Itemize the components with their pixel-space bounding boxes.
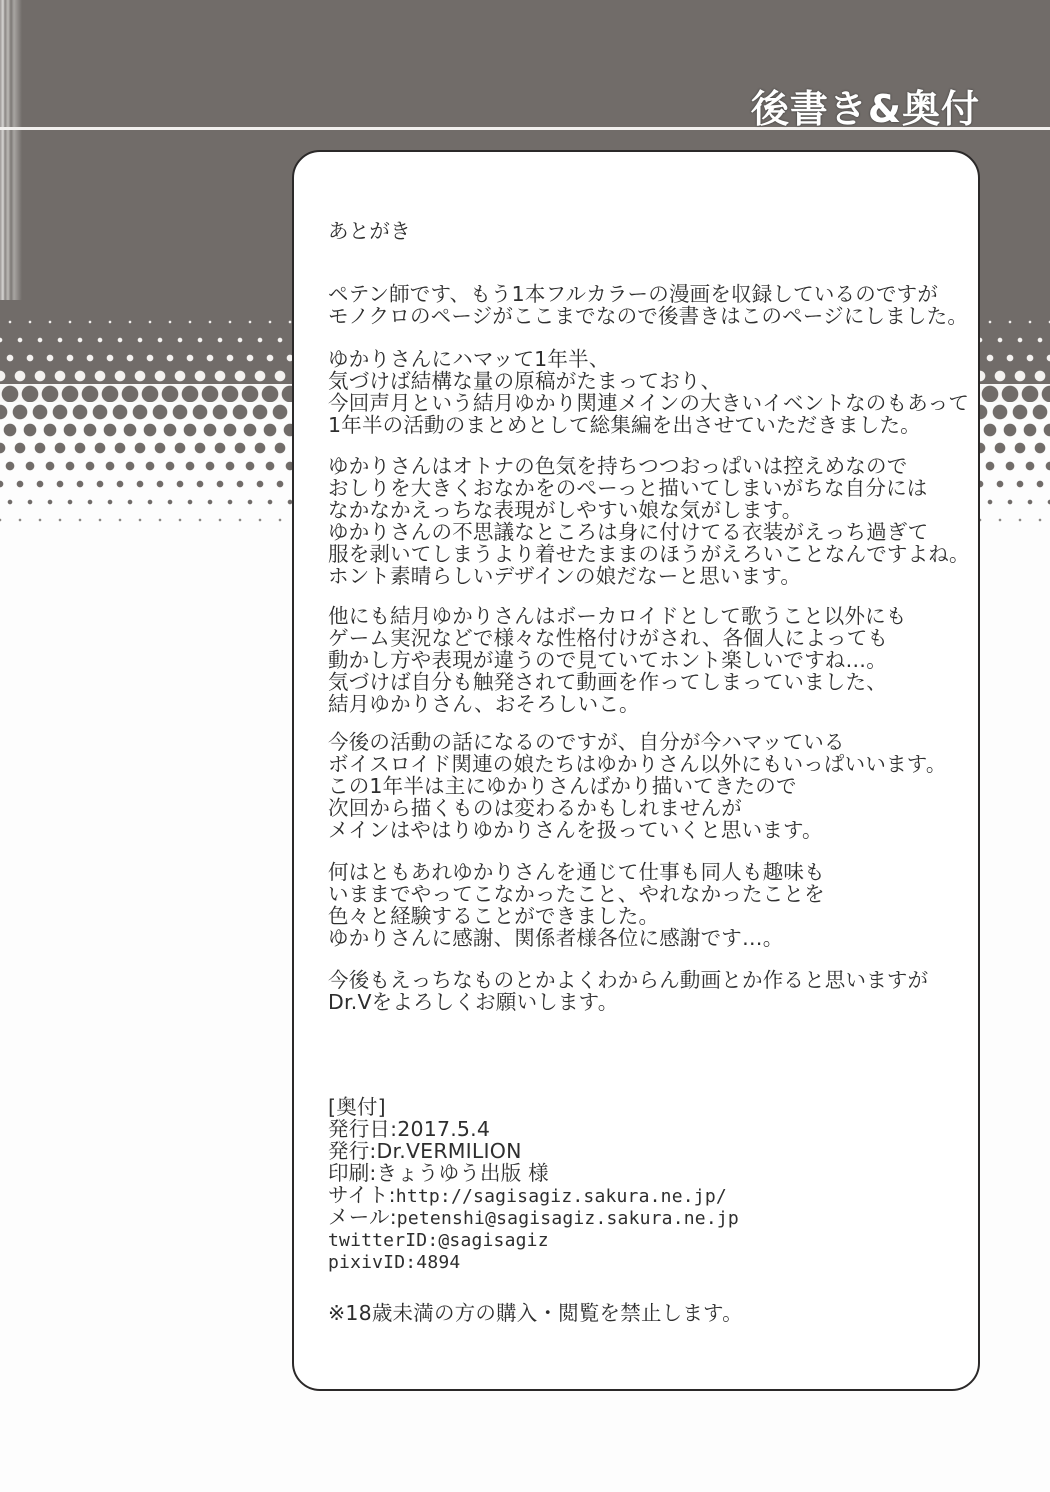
colophon-line-pixiv: pixivID:4894 [328,1250,460,1275]
colophon-line-publisher: 発行:Dr.VERMILION [328,1140,522,1163]
colophon-heading: [奥付] [328,1096,386,1119]
colophon-line-printer: 印刷:きょうゆう出版 様 [328,1162,549,1185]
colophon-line-date: 発行日:2017.5.4 [328,1118,490,1141]
twitter-handle: @sagisagiz [438,1230,548,1251]
paragraph-line: 気づけば結構な量の原稿がたまっており、 [328,370,721,393]
paragraph-line: ゆかりさんに感謝、関係者様各位に感謝です…。 [328,927,783,950]
label: メール: [328,1205,397,1229]
paragraph-line: ゆかりさんにハマッて1年半、 [328,348,610,371]
label: サイト: [328,1183,396,1207]
colophon-line-twitter: twitterID:@sagisagiz [328,1228,549,1253]
paragraph-line: この1年半は主にゆかりさんばかり描いてきたので [328,775,797,798]
paragraph-line: なかなかえっちな表現がしやすい娘な気がします。 [328,499,802,522]
paragraph-line: 色々と経験することができました。 [328,905,659,928]
colophon-line-mail: メール:petenshi@sagisagiz.sakura.ne.jp [328,1206,739,1231]
paragraph-line: モノクロのページがここまでなので後書きはこのページにしました。 [328,305,968,328]
paragraph-line: 他にも結月ゆかりさんはボーカロイドとして歌うこと以外にも [328,605,907,628]
paragraph-line: 今後もえっちなものとかよくわからん動画とか作ると思いますが [328,969,928,992]
paragraph-line: ボイスロイド関連の娘たちはゆかりさん以外にもいっぱいいます。 [328,753,947,776]
paragraph-line: ゆかりさんの不思議なところは身に付けてる衣装がえっち過ぎて [328,521,928,544]
paragraph-line: おしりを大きくおなかをのぺーっと描いてしまいがちな自分には [328,477,927,500]
paragraph-line: 今回声月という結月ゆかり関連メインの大きいイベントなのもあって [328,392,969,415]
paragraph-line: ペテン師です、もう1本フルカラーの漫画を収録しているのですが [328,283,938,306]
paragraph-line: Dr.Vをよろしくお願いします。 [328,991,618,1014]
page-title: 後書き&奥付 [751,78,980,133]
afterword-heading: あとがき [328,220,411,243]
paragraph-line: いままでやってこなかったこと、やれなかったことを [328,883,825,906]
paragraph-line: 今後の活動の話になるのですが、自分が今ハマッている [328,731,845,754]
paragraph-line: 気づけば自分も触発されて動画を作ってしまっていました、 [328,671,887,694]
email-address: petenshi@sagisagiz.sakura.ne.jp [397,1208,739,1229]
value: きょうゆう出版 様 [377,1161,549,1185]
paragraph-line: 何はともあれゆかりさんを通じて仕事も同人も趣味も [328,861,825,884]
paragraph-line: 服を剥いてしまうより着せたままのほうがえろいことなんですよね。 [328,543,970,566]
age-restriction-notice: ※18歳未満の方の購入・閲覧を禁止します。 [328,1302,743,1325]
binding-edge-strip [0,0,22,300]
paragraph-line: ホント素晴らしいデザインの娘だなーと思います。 [328,565,801,588]
label: pixivID: [328,1252,416,1273]
label: twitterID: [328,1230,438,1251]
paragraph-line: ゲーム実況などで様々な性格付けがされ、各個人によっても [328,627,888,650]
paragraph-line: 動かし方や表現が違うので見ていてホント楽しいですね…。 [328,649,887,672]
pixiv-id: 4894 [416,1252,460,1273]
value: 2017.5.4 [397,1117,490,1141]
label: 印刷: [328,1161,377,1185]
site-url: http://sagisagiz.sakura.ne.jp/ [396,1186,727,1207]
value: Dr.VERMILION [377,1139,522,1163]
paragraph-line: 次回から描くものは変わるかもしれませんが [328,797,742,820]
label: 発行日: [328,1117,397,1141]
paragraph-line: メインはやはりゆかりさんを扱っていくと思います。 [328,819,823,842]
paragraph-line: 1年半の活動のまとめとして総集編を出させていただきました。 [328,414,921,437]
label: 発行: [328,1139,377,1163]
paragraph-line: 結月ゆかりさん、おそろしいこ。 [328,693,640,716]
paragraph-line: ゆかりさんはオトナの色気を持ちつつおっぱいは控えめなので [328,455,907,478]
